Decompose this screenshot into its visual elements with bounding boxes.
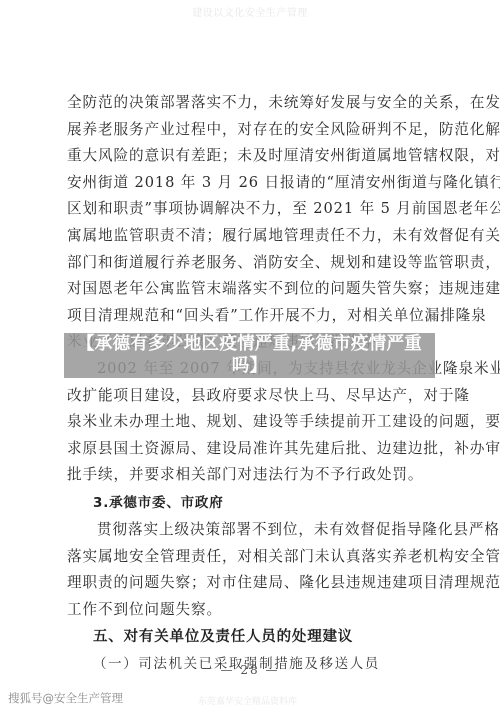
text-line: 落实属地安全管理责任，对相关部门未认真落实养老机构安全管 [67, 544, 437, 571]
banner-title: 【承德有多少地区疫情严重,承德市疫情严重吗】 [64, 333, 435, 377]
paragraph-1: 全防范的决策部署落实不力，未统筹好发展与安全的关系，在发 展养老服务产业过程中，… [67, 90, 437, 356]
text-line: 安州街道 2018 年 3 月 26 日报请的“厘清安州街道与隆化镇行政 [67, 170, 437, 197]
text-line: 工作不到位问题失察。 [67, 597, 437, 624]
source-watermark: 搜狐号@安全生产管理 [8, 690, 123, 706]
text-line: 泉米业未办理土地、规划、建设等手续提前开工建设的问题，要 [67, 409, 437, 436]
text-line: 批手续，并要求相关部门对违法行为不予行政处罚。 [67, 462, 437, 489]
text-line: 区划和职责”事项协调解决不力，至 2021 年 5 月前国恩老年公 [67, 196, 437, 223]
bottom-watermark: 东莞嘉华安全精品资料库 [198, 694, 297, 707]
section-heading: 五、对有关单位及责任人员的处理建议 [67, 623, 437, 651]
text-line: 改扩能项目建设，县政府要求尽快上马、尽早达产，对于隆 [67, 383, 437, 410]
text-line: 项目清理规范和“回头看”工作开展不力，对相关单位漏排隆泉 [67, 303, 437, 330]
text-line: 求原县国土资源局、建设局准许其先建后批、边建边批，补办审 [67, 436, 437, 463]
text-line: 重大风险的意识有差距；未及时厘清安州街道属地管辖权限，对 [67, 143, 437, 170]
text-line: 理职责的问题失察；对市住建局、隆化县违规违建项目清理规范 [67, 570, 437, 597]
section-heading: 3.承德市委、市政府 [67, 489, 437, 517]
text-line: 对国恩老年公寓监管末端落实不到位的问题失管失察；违规违建 [67, 276, 437, 303]
page-number: — 28 — [0, 663, 500, 677]
text-line: 部门和街道履行养老服务、消防安全、规划和建设等监管职责， [67, 250, 437, 277]
text-line: 展养老服务产业过程中，对存在的安全风险研判不足，防范化解 [67, 117, 437, 144]
document-page: 全防范的决策部署落实不力，未统筹好发展与安全的关系，在发 展养老服务产业过程中，… [67, 90, 437, 677]
text-line: 贯彻落实上级决策部署不到位，未有效督促指导隆化县严格 [67, 517, 437, 544]
text-line: 寓属地监管职责不清；履行属地管理责任不力，未有效督促有关 [67, 223, 437, 250]
text-line: 全防范的决策部署落实不力，未统筹好发展与安全的关系，在发 [67, 90, 437, 117]
section-3: 3.承德市委、市政府 贯彻落实上级决策部署不到位，未有效督促指导隆化县严格 落实… [67, 489, 437, 623]
top-watermark: 建设以文化安全生产管理 [0, 4, 500, 19]
